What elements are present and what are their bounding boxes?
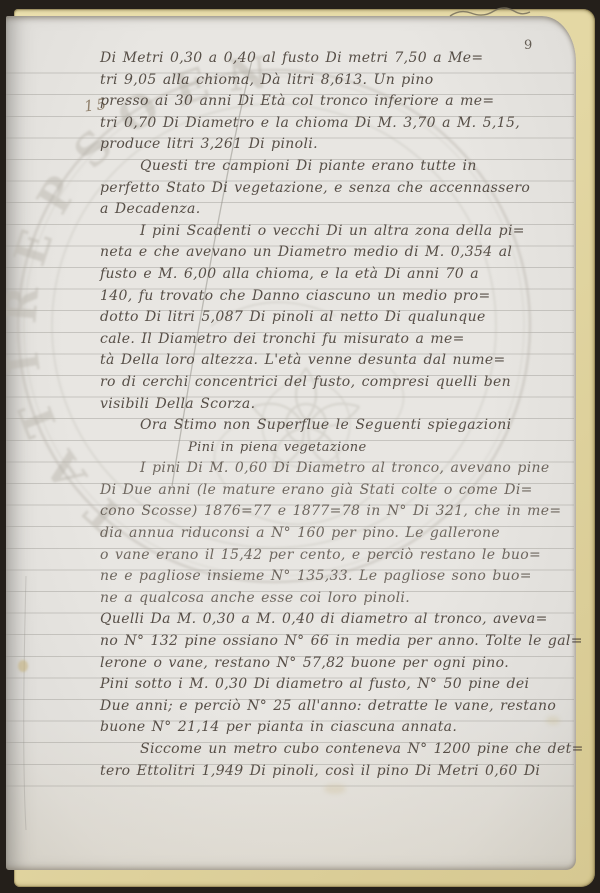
manuscript-line: tri 9,05 alla chioma, Dà litri 8,613. Un… xyxy=(100,70,570,92)
manuscript-line: Siccome un metro cubo conteneva N° 1200 … xyxy=(100,739,570,761)
manuscript-line: tà Della loro altezza. L'età venne desun… xyxy=(100,350,570,372)
manuscript-line: produce litri 3,261 Di pinoli. xyxy=(100,134,570,156)
manuscript-line: buone N° 21,14 per pianta in ciascuna an… xyxy=(100,717,570,739)
manuscript-line: Pini in piena vegetazione xyxy=(100,437,570,459)
manuscript-line: ne e pagliose insieme N° 135,33. Le pagl… xyxy=(100,566,570,588)
manuscript-line: dotto Di litri 5,087 Di pinoli al netto … xyxy=(100,307,570,329)
manuscript-line: Ora Stimo non Superflue le Seguenti spie… xyxy=(100,415,570,437)
manuscript-page: NEOSPERITAT 15 xyxy=(6,16,576,870)
manuscript-line: visibili Della Scorza. xyxy=(100,394,570,416)
manuscript-line: o vane erano il 15,42 per cento, e perci… xyxy=(100,545,570,567)
manuscript-line: Di Metri 0,30 a 0,40 al fusto Di metri 7… xyxy=(100,48,570,70)
manuscript-line: Di Due anni (le mature erano già Stati c… xyxy=(100,480,570,502)
manuscript-line: presso ai 30 anni Di Età col tronco infe… xyxy=(100,91,570,113)
manuscript-line: Due anni; e perciò N° 25 all'anno: detra… xyxy=(100,696,570,718)
manuscript-line: ne a qualcosa anche esse coi loro pinoli… xyxy=(100,588,570,610)
manuscript-line: tri 0,70 Di Diametro e la chioma Di M. 3… xyxy=(100,113,570,135)
manuscript-line: cono Scosse) 1876=77 e 1877=78 in N° Di … xyxy=(100,501,570,523)
manuscript-line: Quelli Da M. 0,30 a M. 0,40 di diametro … xyxy=(100,609,570,631)
manuscript-line: cale. Il Diametro dei tronchi fu misurat… xyxy=(100,329,570,351)
handwritten-text: Di Metri 0,30 a 0,40 al fusto Di metri 7… xyxy=(100,48,570,782)
manuscript-line: dia annua riduconsi a N° 160 per pino. L… xyxy=(100,523,570,545)
paper-stain xyxy=(324,784,346,794)
photograph-of-manuscript: NEOSPERITAT 15 xyxy=(0,0,600,893)
manuscript-line: Questi tre campioni Di piante erano tutt… xyxy=(100,156,570,178)
manuscript-line: I pini Scadenti o vecchi Di un altra zon… xyxy=(100,221,570,243)
manuscript-line: lerone o vane, restano N° 57,82 buone pe… xyxy=(100,653,570,675)
manuscript-line: ro di cerchi concentrici del fusto, comp… xyxy=(100,372,570,394)
manuscript-line: perfetto Stato Di vegetazione, e senza c… xyxy=(100,178,570,200)
manuscript-line: 140, fu trovato che Danno ciascuno un me… xyxy=(100,286,570,308)
manuscript-line: Pini sotto i M. 0,30 Di diametro al fust… xyxy=(100,674,570,696)
manuscript-line: tero Ettolitri 1,949 Di pinoli, così il … xyxy=(100,761,570,783)
manuscript-line: neta e che avevano un Diametro medio di … xyxy=(100,242,570,264)
manuscript-line: I pini Di M. 0,60 Di Diametro al tronco,… xyxy=(100,458,570,480)
paper-stain xyxy=(18,660,28,672)
paper-stain xyxy=(546,716,560,725)
manuscript-line: no N° 132 pine ossiano N° 66 in media pe… xyxy=(100,631,570,653)
manuscript-line: fusto e M. 6,00 alla chioma, e la età Di… xyxy=(100,264,570,286)
manuscript-line: a Decadenza. xyxy=(100,199,570,221)
